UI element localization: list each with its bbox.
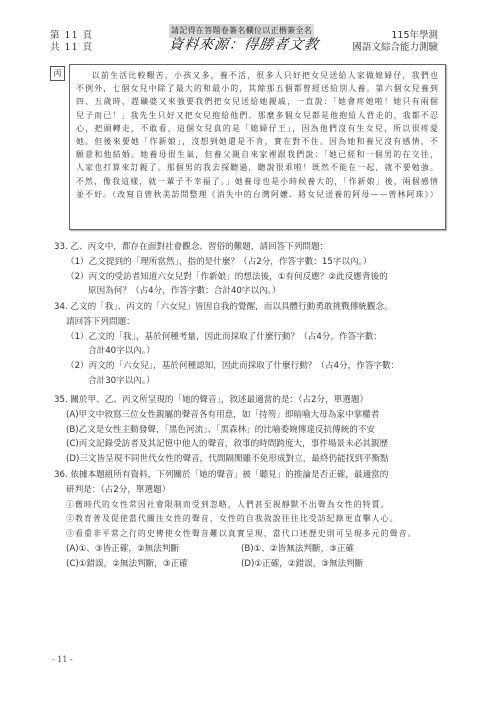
q33-sub1: （1）乙文提到的「理所當然」，指的是什麼？（占2分，作答字數：15字以內。） bbox=[54, 255, 444, 270]
question-36: 36. 依據本題組所有資料，下列關於「她的聲音」被「聽見」的推論是否正確，最適當… bbox=[54, 468, 444, 572]
q35-option-d: (D)三文皆呈現不同世代女性的聲音，代間隔閡雖不免形成對立，最終仍能找到平衡點 bbox=[54, 452, 444, 467]
q36-options-row2: (C)①錯誤，②無法判斷，③正確 (D)①正確，②錯誤，③無法判斷 bbox=[54, 557, 444, 572]
q35-option-a: (A)甲文中敘寫三位女性親屬的聲音各有用意，如「持笏」即暗喻大母為家中掌權者 bbox=[54, 408, 444, 423]
signature-notice: 請記得在答題卷簽名欄位以正楷簽全名 bbox=[169, 24, 314, 38]
q34-stem-line2: 請回答下列問題： bbox=[54, 315, 444, 330]
q34-sub1-line1: （1）乙文的「我」，基於何種考量，因此而採取了什麼行動？（占4分，作答字數： bbox=[54, 330, 444, 345]
page-total: 共 11 頁 bbox=[50, 42, 93, 54]
q36-statement-2: ②教育普及促使當代關注女性的聲音，女性的自我敘說往往比受訪紀錄更直擊人心。 bbox=[54, 512, 444, 527]
exam-title: 115年學測 國語文綜合能力測驗 bbox=[352, 30, 438, 54]
q36-statement-3: ③看重非平常之行的史傳使女性聲音難以真實呈現，當代口述歷史則可呈現多元的聲音。 bbox=[54, 527, 444, 542]
exam-name: 國語文綜合能力測驗 bbox=[352, 42, 438, 54]
q34-sub2-line2: 合計30字以內。） bbox=[54, 374, 444, 389]
handwritten-source-note: 資料來源：得勝者文教 bbox=[168, 39, 320, 51]
q36-options-row1: (A)①、③皆正確，②無法判斷 (B)①、②皆無法判斷，③正確 bbox=[54, 542, 444, 557]
q36-statement-1: ①舊時代的女性常因社會限制而受到忽略，人們甚至視靜默不出聲為女性的特質。 bbox=[54, 498, 444, 513]
q33-sub2-line2: 原因為何？（占4分，作答字數：合計40字以內。） bbox=[54, 284, 444, 299]
question-35: 35. 關於甲、乙、丙文所呈現的「她的聲音」，敘述最適當的是：（占2分，單選題）… bbox=[54, 393, 444, 467]
q35-option-b: (B)乙文是女性主動發聲，「黑色河流」、「黑森林」的比喻委婉傳達反抗傳統的不安 bbox=[54, 423, 444, 438]
q36-option-a: (A)①、③皆正確，②無法判斷 bbox=[66, 542, 241, 557]
passage-text: 以前生活比較艱苦，小孩又多，養不活，很多人只好把女兒送給人家做媳婦仔，我們也不例… bbox=[76, 69, 439, 201]
header-center: 請記得在答題卷簽名欄位以正楷簽全名 資料來源：得勝者文教 bbox=[169, 24, 319, 51]
q36-option-b: (B)①、②皆無法判斷，③正確 bbox=[241, 542, 416, 557]
q33-stem: 33. 乙、丙文中，都存在面對社會觀念、習俗的難題，請回答下列問題： bbox=[54, 240, 444, 255]
q34-sub1-line2: 合計40字以內。） bbox=[54, 344, 444, 359]
q36-option-c: (C)①錯誤，②無法判斷，③正確 bbox=[66, 557, 241, 572]
question-33: 33. 乙、丙文中，都存在面對社會觀念、習俗的難題，請回答下列問題： （1）乙文… bbox=[54, 240, 444, 299]
q36-stem-line2: 研判是：（占2分，單選題） bbox=[54, 483, 444, 498]
q34-stem-line1: 34. 乙文的「我」、丙文的「六女兒」皆因自我的覺醒，而以具體行動勇敢挑戰傳統觀… bbox=[54, 300, 444, 315]
page-counter: 第 11 頁 共 11 頁 bbox=[50, 30, 93, 54]
passage-box: 以前生活比較艱苦，小孩又多，養不活，很多人只好把女兒送給人家做媳婦仔，我們也不例… bbox=[69, 64, 446, 230]
q36-option-d: (D)①正確，②錯誤，③無法判斷 bbox=[241, 557, 416, 572]
exam-year: 115年學測 bbox=[352, 30, 438, 42]
question-34: 34. 乙文的「我」、丙文的「六女兒」皆因自我的覺醒，而以具體行動勇敢挑戰傳統觀… bbox=[54, 300, 444, 389]
q34-sub2-line1: （2）丙文的「六女兒」，基於何種認知，因此而採取了什麼行動？（占4分，作答字數： bbox=[54, 359, 444, 374]
q36-stem-line1: 36. 依據本題組所有資料，下列關於「她的聲音」被「聽見」的推論是否正確，最適當… bbox=[54, 468, 444, 483]
q35-stem: 35. 關於甲、乙、丙文所呈現的「她的聲音」，敘述最適當的是：（占2分，單選題） bbox=[54, 393, 444, 408]
page-current: 第 11 頁 bbox=[50, 30, 93, 42]
page-number: - 11 - bbox=[52, 655, 73, 664]
q33-sub2-line1: （2）丙文的受訪者知道六女兒對「作新娘」的想法後，①有何反應？②此反應背後的 bbox=[54, 270, 444, 285]
passage-label: 丙 bbox=[50, 66, 65, 81]
q35-option-c: (C)丙文記錄受訪者及其記憶中他人的聲音，敘事的時間跨度大，事件場景未必其親歷 bbox=[54, 437, 444, 452]
